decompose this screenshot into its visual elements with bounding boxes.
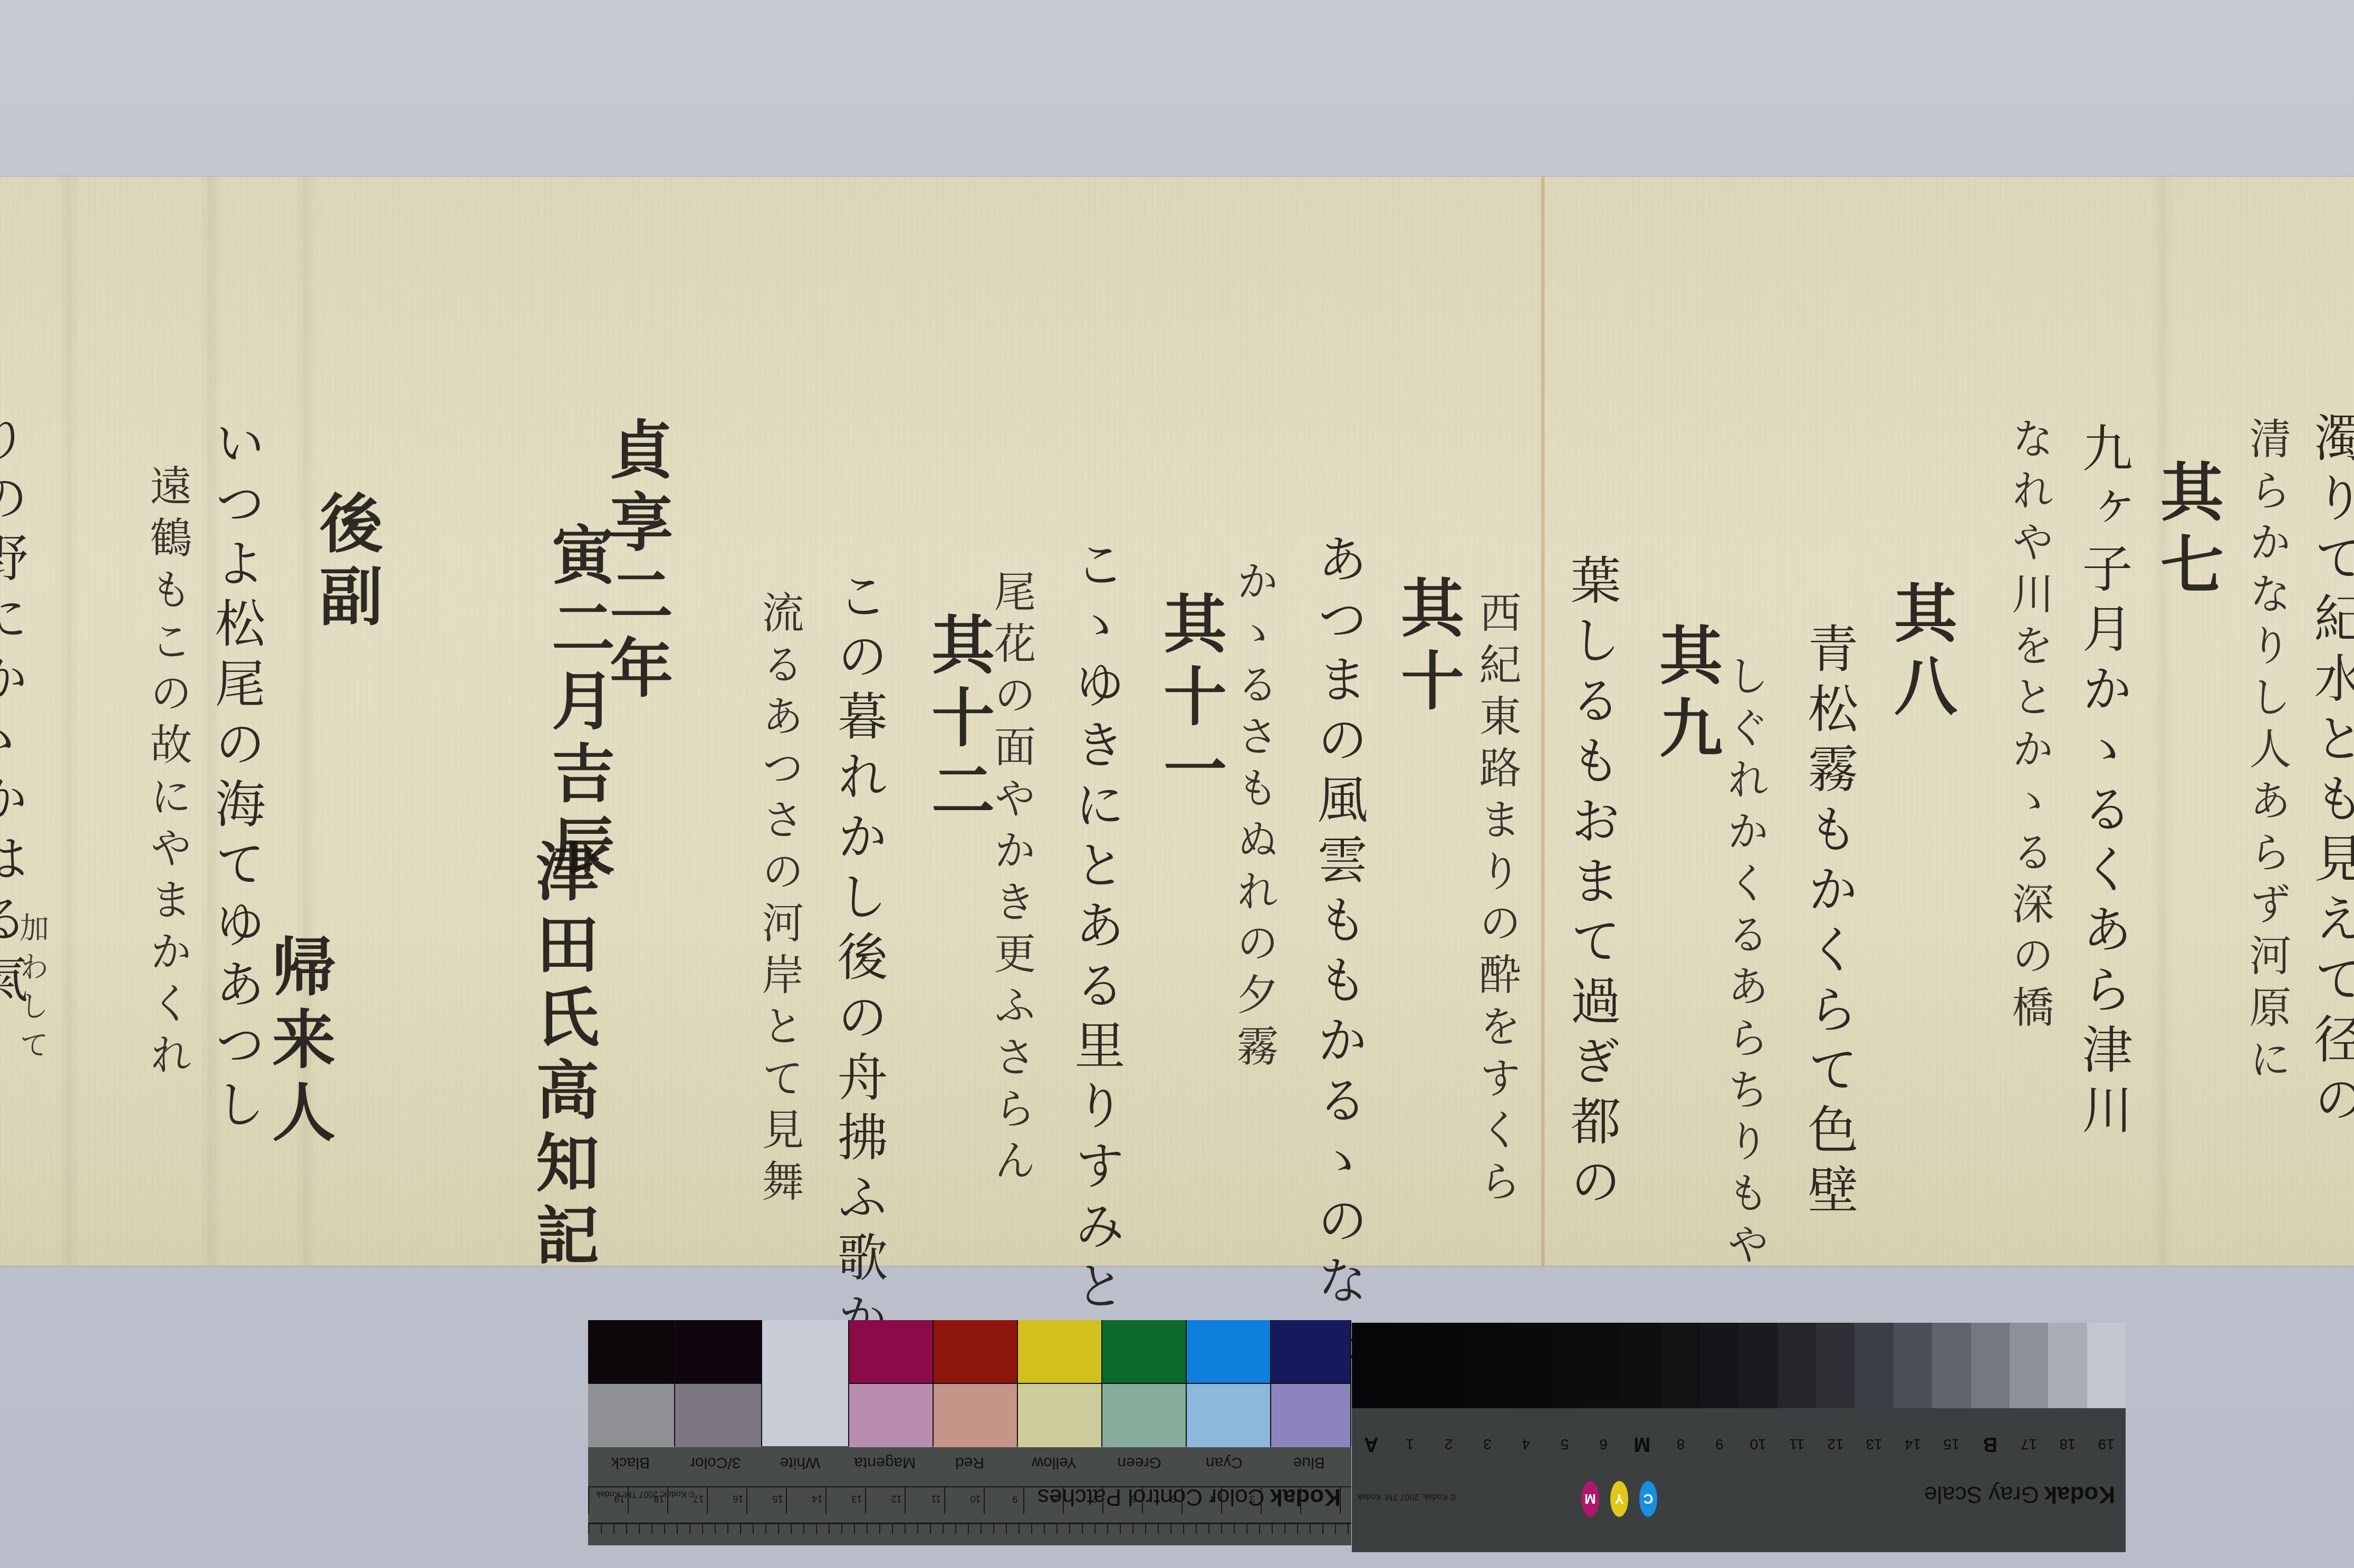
ruler-cm-label: 3 (1233, 1488, 1272, 1509)
ruler-cm-label: 14 (798, 1488, 837, 1509)
gray-step-label: 1 (1390, 1428, 1429, 1460)
calligraphy-column: 流るあつさの河岸とて見舞 (749, 591, 810, 1211)
ruler-cm-numbers: 12345678910111213141516171819 (588, 1488, 1351, 1509)
cyan-badge-icon: C (1639, 1481, 1657, 1517)
ruler-cm-label: 12 (877, 1488, 916, 1509)
color-patch-magenta (849, 1320, 934, 1446)
calligraphy-column: こゝゆきにとある里りすみとる (1060, 538, 1132, 1380)
kodak-gray-scale: 191817B15141312111098M654321A KodakGray … (1352, 1323, 2126, 1552)
cm-inch-ruler: 12345678910111213141516171819 (588, 1486, 1351, 1545)
magenta-badge-icon: M (1581, 1481, 1599, 1517)
patch-tint (1271, 1383, 1350, 1447)
color-patch-cyan (1187, 1320, 1271, 1446)
patch-tint (1187, 1383, 1270, 1447)
gray-step (1429, 1323, 1468, 1408)
calligraphy-column: 其七 (2141, 459, 2232, 604)
calligraphy-column: 其九 (1640, 622, 1731, 768)
gray-step-label: 13 (1855, 1428, 1894, 1460)
calligraphy-column: 西紀東路まりの酔をすくら (1466, 591, 1527, 1211)
ruler-cm-label: 13 (837, 1488, 877, 1509)
gray-step (1894, 1323, 1932, 1408)
calligraphy-column: なれや川をとかゝる深の橋 (1999, 417, 2060, 1037)
ruler-cm-label: 15 (758, 1488, 798, 1509)
ruler-cm-label: 11 (916, 1488, 956, 1509)
ruler-cm-label: 6 (1114, 1488, 1154, 1509)
calligraphy-column: 後副 (301, 490, 391, 636)
calligraphy-column: りの野にかゝかはる氣 (0, 411, 35, 1013)
gray-step-label: 9 (1700, 1428, 1738, 1460)
gray-step-label: 17 (2010, 1428, 2048, 1460)
ruler-cm-label: 18 (639, 1488, 679, 1509)
yellow-badge-icon: Y (1610, 1481, 1628, 1517)
calligraphy-column: いつよ松尾の海てゆあつし (200, 417, 273, 1138)
gray-step (1777, 1323, 1816, 1408)
ruler-cm-label: 16 (718, 1488, 758, 1509)
patch-tint (675, 1383, 761, 1447)
patch-label: Yellow (1012, 1449, 1097, 1476)
gray-step-label: 19 (2087, 1428, 2126, 1460)
ruler-cm-label: 8 (1035, 1488, 1074, 1509)
patch-tint (762, 1383, 848, 1446)
calligraphy-column: 青松霧もかくらて色壁 (1793, 622, 1866, 1224)
calligraphy-column: 九ヶ子月かゝるくあら津川 (2068, 422, 2140, 1143)
gray-card-title-text: Gray Scale (1924, 1482, 2039, 1507)
gray-step (1352, 1323, 1390, 1408)
gray-step (1932, 1323, 1971, 1408)
patch-label: 3/Color (673, 1449, 758, 1476)
gray-step (1700, 1323, 1738, 1408)
color-patch-white (762, 1320, 849, 1446)
ruler-cm-label: 10 (956, 1488, 995, 1509)
ruler-cm-label: 7 (1074, 1488, 1114, 1509)
patch-tint (1018, 1383, 1101, 1447)
color-patch-blue (1271, 1320, 1351, 1446)
calligraphy-column: 其十一 (1145, 591, 1235, 809)
kodak-color-control-patches: BlueCyanGreenYellowRedMagentaWhite3/Colo… (588, 1320, 1351, 1545)
ruler-cm-label: 9 (995, 1488, 1035, 1509)
fold-line (2152, 177, 2173, 1266)
patch-tint (849, 1383, 933, 1447)
color-patch-black (588, 1320, 675, 1446)
ruler-cm-label: 1 (1312, 1488, 1351, 1509)
kodak-logo-text: Kodak (2044, 1482, 2115, 1507)
gray-step (1468, 1323, 1506, 1408)
calligraphy-column: 葉しるもおまて過ぎ都の (1556, 554, 1628, 1215)
patch-label: Blue (1266, 1449, 1351, 1476)
patch-tint (588, 1383, 674, 1447)
ruler-cm-label: 17 (679, 1488, 718, 1509)
calligraphy-column: 其十二 (912, 612, 1003, 830)
gray-step (1390, 1323, 1429, 1408)
calligraphy-column: 寅二月吉辰 (533, 522, 623, 886)
gray-step (1545, 1323, 1584, 1408)
patch-label: Red (927, 1449, 1012, 1476)
calligraphy-column: 其八 (1875, 580, 1966, 726)
gray-step-label: 10 (1739, 1428, 1777, 1460)
gray-step (2087, 1323, 2126, 1408)
gray-step-label: 5 (1545, 1428, 1584, 1460)
color-patch-row (588, 1320, 1351, 1446)
gray-step (2048, 1323, 2087, 1408)
calligraphy-column: この暮れかし後の舟拂ふ歌かく (823, 570, 895, 1411)
gray-step-row (1352, 1323, 2126, 1408)
ruler-cm-label: 4 (1193, 1488, 1233, 1509)
gray-step-label: 14 (1894, 1428, 1932, 1460)
gray-step (1971, 1323, 2010, 1408)
patch-solid (1271, 1320, 1350, 1383)
patch-label: Cyan (1181, 1449, 1266, 1476)
color-patch-3-color (675, 1320, 762, 1446)
gray-card-copyright: © Kodak, 2007 TM: Kodak (1357, 1492, 1456, 1501)
gray-step-label: 15 (1932, 1428, 1971, 1460)
gray-step-label: 12 (1816, 1428, 1855, 1460)
color-patch-green (1102, 1320, 1187, 1446)
calligraphy-column: 其十 (1382, 575, 1473, 720)
gray-step-label: 3 (1468, 1428, 1506, 1460)
gray-step-label: 2 (1429, 1428, 1468, 1460)
gray-card-title: KodakGray Scale (1924, 1481, 2115, 1507)
patch-solid (588, 1320, 674, 1383)
calligraphy-column: あつまの風雲ももかるゝのなる (1303, 533, 1375, 1374)
calligraphy-column: 遠鶴もこの故にやまかくれ (137, 464, 198, 1084)
gray-step (1622, 1323, 1661, 1408)
color-patch-labels: BlueCyanGreenYellowRedMagentaWhite3/Colo… (588, 1449, 1351, 1476)
ruler-cm-label: 5 (1154, 1488, 1193, 1509)
gray-step-label: 4 (1507, 1428, 1545, 1460)
color-patch-red (934, 1320, 1018, 1446)
gray-step (2010, 1323, 2048, 1408)
gray-step (1738, 1323, 1777, 1408)
gray-step-label: M (1623, 1428, 1661, 1460)
paper-seam (1540, 177, 1545, 1266)
patch-solid (1187, 1320, 1270, 1383)
patch-tint (934, 1383, 1017, 1447)
gray-step-label: 8 (1661, 1428, 1700, 1460)
patch-label: White (758, 1449, 843, 1476)
calligraphy-column: 濁りて紀水とも見えて径の (2300, 411, 2354, 1133)
patch-solid (934, 1320, 1017, 1383)
patch-solid (762, 1320, 848, 1383)
gray-step-label: B (1971, 1428, 2010, 1460)
handscroll-paper: 濁りて紀水とも見えて径の清らかなりし人あらず河原に其七九ヶ子月かゝるくあら津川な… (0, 177, 2354, 1266)
patch-label: Black (588, 1449, 673, 1476)
gray-step-label: 11 (1777, 1428, 1816, 1460)
gray-step-labels: 191817B15141312111098M654321A (1352, 1428, 2126, 1460)
gray-step-label: 18 (2048, 1428, 2087, 1460)
ruler-cm-label: 19 (600, 1488, 639, 1509)
patch-solid (1018, 1320, 1101, 1383)
gray-step-label: A (1352, 1428, 1390, 1460)
color-patch-yellow (1018, 1320, 1102, 1446)
patch-solid (849, 1320, 933, 1383)
gray-step (1506, 1323, 1545, 1408)
patch-solid (675, 1320, 761, 1383)
calligraphy-column: 清らかなりし人あらず河原に (2236, 417, 2297, 1089)
fold-line (58, 177, 79, 1266)
gray-step-label: 6 (1584, 1428, 1622, 1460)
patch-tint (1102, 1383, 1186, 1447)
gray-step (1855, 1323, 1893, 1408)
patch-label: Magenta (842, 1449, 927, 1476)
ruler-cm-label: 2 (1272, 1488, 1312, 1509)
calligraphy-column: 津田氏高知記 (517, 839, 608, 1275)
gray-step (1816, 1323, 1855, 1408)
gray-step (1584, 1323, 1622, 1408)
patch-label: Green (1097, 1449, 1182, 1476)
gray-step (1661, 1323, 1700, 1408)
ruler-inch-scale (588, 1523, 1351, 1545)
patch-solid (1102, 1320, 1186, 1383)
